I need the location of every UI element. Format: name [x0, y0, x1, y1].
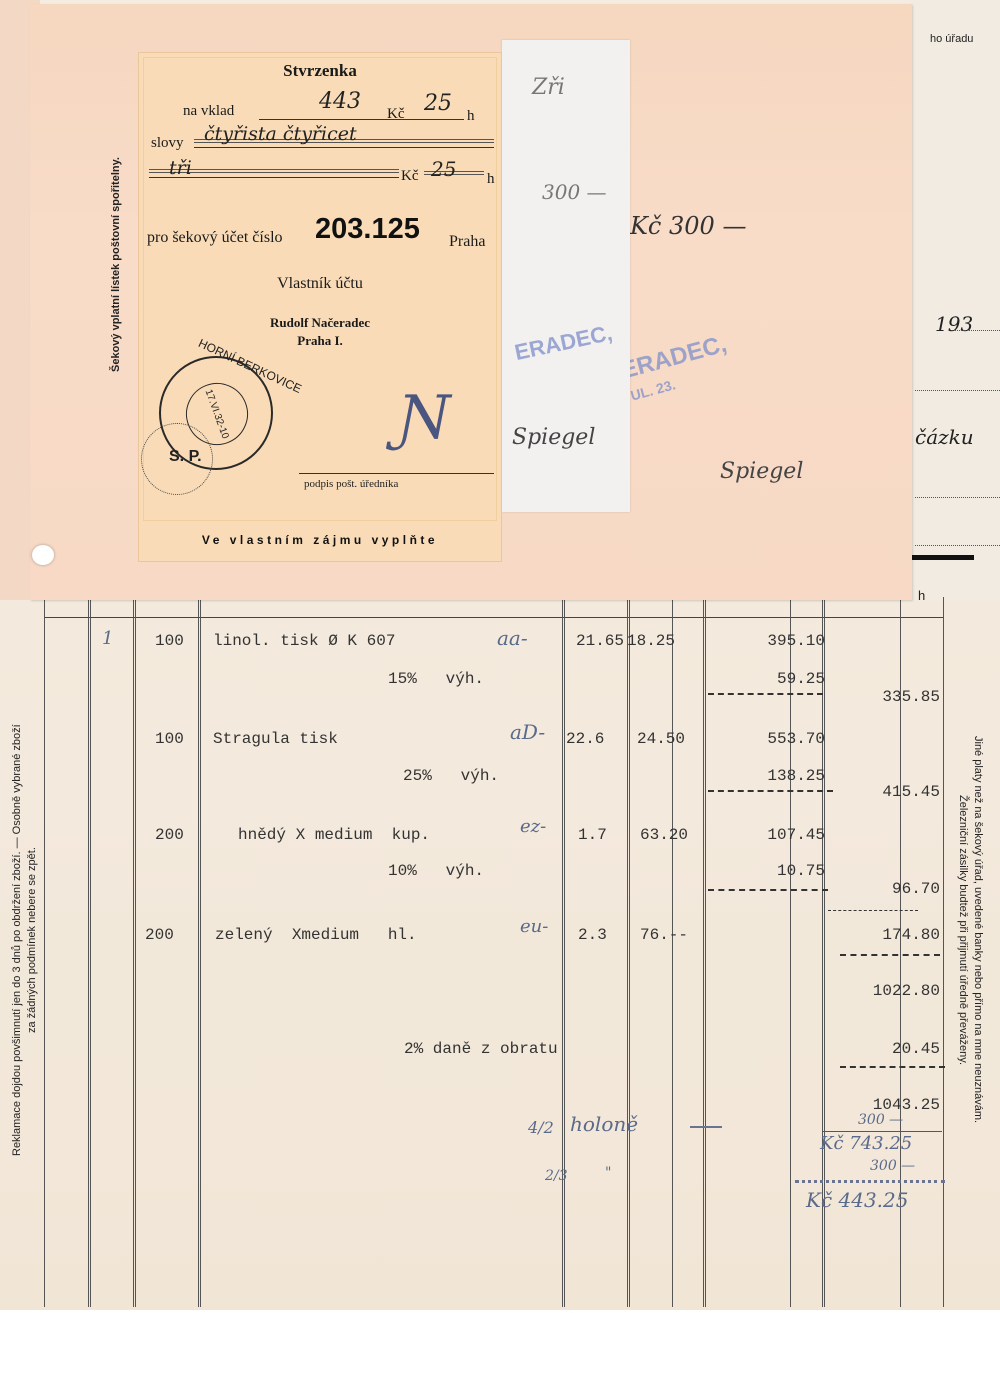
- dashed-rule: [708, 790, 833, 792]
- dashed-rule: [828, 910, 918, 911]
- calc-rule: [795, 1180, 945, 1183]
- words-line: [194, 147, 494, 148]
- account-label: pro šekový účet číslo: [147, 229, 283, 247]
- deposit-label: na vklad: [183, 103, 234, 120]
- dashed-rule: [840, 954, 940, 956]
- dotted-line: [955, 330, 1000, 331]
- table-column-line: [703, 597, 706, 1307]
- check-mark: 1: [102, 628, 113, 649]
- note-ditto: ": [605, 1165, 611, 1181]
- table-column-line: [627, 597, 630, 1307]
- signature: Spiegel: [512, 425, 595, 450]
- description-cell: 10% výh.: [388, 862, 484, 880]
- left-side-notice: Reklamace dojdou povšimnutí jen do 3 dnů…: [10, 640, 40, 1240]
- clerk-signature: Ɲ: [397, 383, 450, 453]
- amount-cell: 107.45: [720, 826, 825, 844]
- owner-name: Rudolf Načeradec: [139, 315, 501, 331]
- signature: Spiegel: [720, 459, 803, 484]
- deposit-h-value: 25: [424, 91, 452, 116]
- description-cell: hnědý X medium kup.: [238, 826, 430, 844]
- code-cell: eu-: [520, 916, 548, 937]
- handwritten-amount: 300 —: [542, 180, 607, 204]
- table-column-line: [672, 597, 673, 1307]
- account-number: 203.125: [315, 213, 420, 246]
- amount-cell: 138.25: [720, 767, 825, 785]
- receipt-title: Stvrzenka: [139, 61, 501, 81]
- tax-amount: 20.45: [830, 1040, 940, 1058]
- qty-cell: 200: [155, 826, 184, 844]
- description-cell: 15% výh.: [388, 670, 484, 688]
- description-cell: 25% výh.: [403, 767, 499, 785]
- handwritten-minus-300: 300 —: [858, 1112, 903, 1128]
- price-cell: 63.20: [640, 826, 688, 844]
- h-label: h: [467, 108, 475, 125]
- amount-cell: 553.70: [720, 730, 825, 748]
- footer-slogan: Ve vlastním zájmu vyplňte: [139, 533, 501, 547]
- account-city: Praha: [449, 233, 485, 251]
- owner-label: Vlastník účtu: [139, 275, 501, 293]
- invoice-header-area: [910, 0, 1000, 600]
- code-cell: aa-: [497, 626, 528, 650]
- kc-label: Kč: [387, 106, 405, 123]
- note-dash: [690, 1126, 722, 1128]
- white-counterfoil: Zři 300 — ERADEC, Spiegel: [502, 40, 630, 512]
- subtotal-cell: 174.80: [830, 926, 940, 944]
- handwritten-amount: Kč 300 —: [630, 212, 746, 240]
- right-side-notice: Jiné platy než na šekový úřad, uvedené b…: [955, 660, 985, 1200]
- width-cell: 21.65: [576, 632, 624, 650]
- tax-label: 2% daně z obratu: [404, 1040, 558, 1058]
- width-cell: 22.6: [566, 730, 604, 748]
- amount-cell: 10.75: [720, 862, 825, 880]
- code-cell: aD-: [510, 720, 545, 744]
- handwritten-note: Zři: [532, 75, 565, 100]
- receipt-slip: Stvrzenka na vklad 443 Kč 25 h slovy čty…: [138, 52, 502, 562]
- dotted-line: [915, 497, 1000, 498]
- dotted-line: [915, 390, 1000, 391]
- description-cell: linol. tisk Ø K 607: [213, 632, 395, 650]
- company-stamp: ERADEC,: [618, 330, 730, 385]
- handwritten-remaining: Kč 743.25: [820, 1133, 912, 1154]
- amount-cell: 395.10: [720, 632, 825, 650]
- company-stamp: ERADEC,: [512, 320, 614, 366]
- header-rule: [912, 555, 974, 560]
- qty-cell: 100: [155, 632, 184, 650]
- note-word: holoně: [570, 1112, 638, 1136]
- subtotal-cell: 335.85: [830, 688, 940, 706]
- h-label: h: [487, 171, 495, 188]
- receipt-vertical-label: Šekový vplatní lístek poštovní spořiteln…: [110, 100, 130, 430]
- price-cell: 76.--: [640, 926, 688, 944]
- description-cell: Stragula tisk: [213, 730, 338, 748]
- notice-line: Železniční zásilky budtež při přijmutí ú…: [955, 660, 970, 1200]
- table-header-rule: [44, 617, 944, 618]
- words-value-2: tři: [169, 157, 192, 179]
- table-column-line: [943, 597, 944, 1307]
- sum-total: 1022.80: [830, 982, 940, 1000]
- subtotal-cell: 415.45: [830, 783, 940, 801]
- width-cell: 2.3: [578, 926, 607, 944]
- amount-cell: 59.25: [720, 670, 825, 688]
- punch-hole: [32, 545, 54, 565]
- handwritten-minus-300: 300 —: [870, 1158, 915, 1174]
- code-cell: ez-: [520, 816, 546, 837]
- handwritten-final: Kč 443.25: [806, 1188, 908, 1212]
- width-cell: 1.7: [578, 826, 607, 844]
- signature-label: podpis pošt. úředníka: [304, 478, 398, 490]
- note-fraction: 2/3: [545, 1168, 568, 1184]
- note-fraction: 4/2: [528, 1118, 554, 1137]
- dashed-rule: [708, 693, 823, 695]
- table-column-line: [562, 597, 565, 1307]
- words-value: čtyřista čtyřicet: [204, 123, 357, 145]
- qty-cell: 200: [145, 926, 174, 944]
- signature-line: [299, 473, 494, 474]
- kc-label: Kč: [401, 168, 419, 185]
- dashed-rule: [840, 1066, 945, 1068]
- dotted-line: [915, 545, 1000, 546]
- office-label: ho úřadu: [930, 33, 973, 45]
- notice-line: Jiné platy než na šekový úřad, uvedené b…: [970, 660, 985, 1200]
- qty-cell: 100: [155, 730, 184, 748]
- subtotal-cell: 96.70: [830, 880, 940, 898]
- table-column-line: [44, 597, 45, 1307]
- notice-line: za žádných podmínek nebere se zpět.: [25, 640, 40, 1240]
- deposit-kc-value: 443: [319, 89, 361, 114]
- price-cell: 18.25: [627, 632, 675, 650]
- table-column-line: [790, 597, 791, 1307]
- deposit-h-line: [409, 119, 464, 120]
- owner-city: Praha I.: [139, 333, 501, 349]
- calc-rule: [822, 1131, 942, 1132]
- dashed-rule: [708, 889, 828, 891]
- table-column-line: [133, 597, 136, 1307]
- column-header-h: h: [918, 588, 925, 603]
- words-kc-value: 25: [431, 157, 456, 181]
- table-column-line: [88, 597, 91, 1307]
- postmark-secondary: [141, 423, 213, 495]
- description-cell: zelený Xmedium hl.: [215, 926, 417, 944]
- notice-line: Reklamace dojdou povšimnutí jen do 3 dnů…: [10, 640, 25, 1240]
- table-column-line: [198, 597, 201, 1307]
- words-label: slovy: [151, 135, 184, 152]
- price-cell: 24.50: [637, 730, 685, 748]
- year-field: 193: [935, 312, 973, 336]
- script-word: čázku: [915, 425, 974, 449]
